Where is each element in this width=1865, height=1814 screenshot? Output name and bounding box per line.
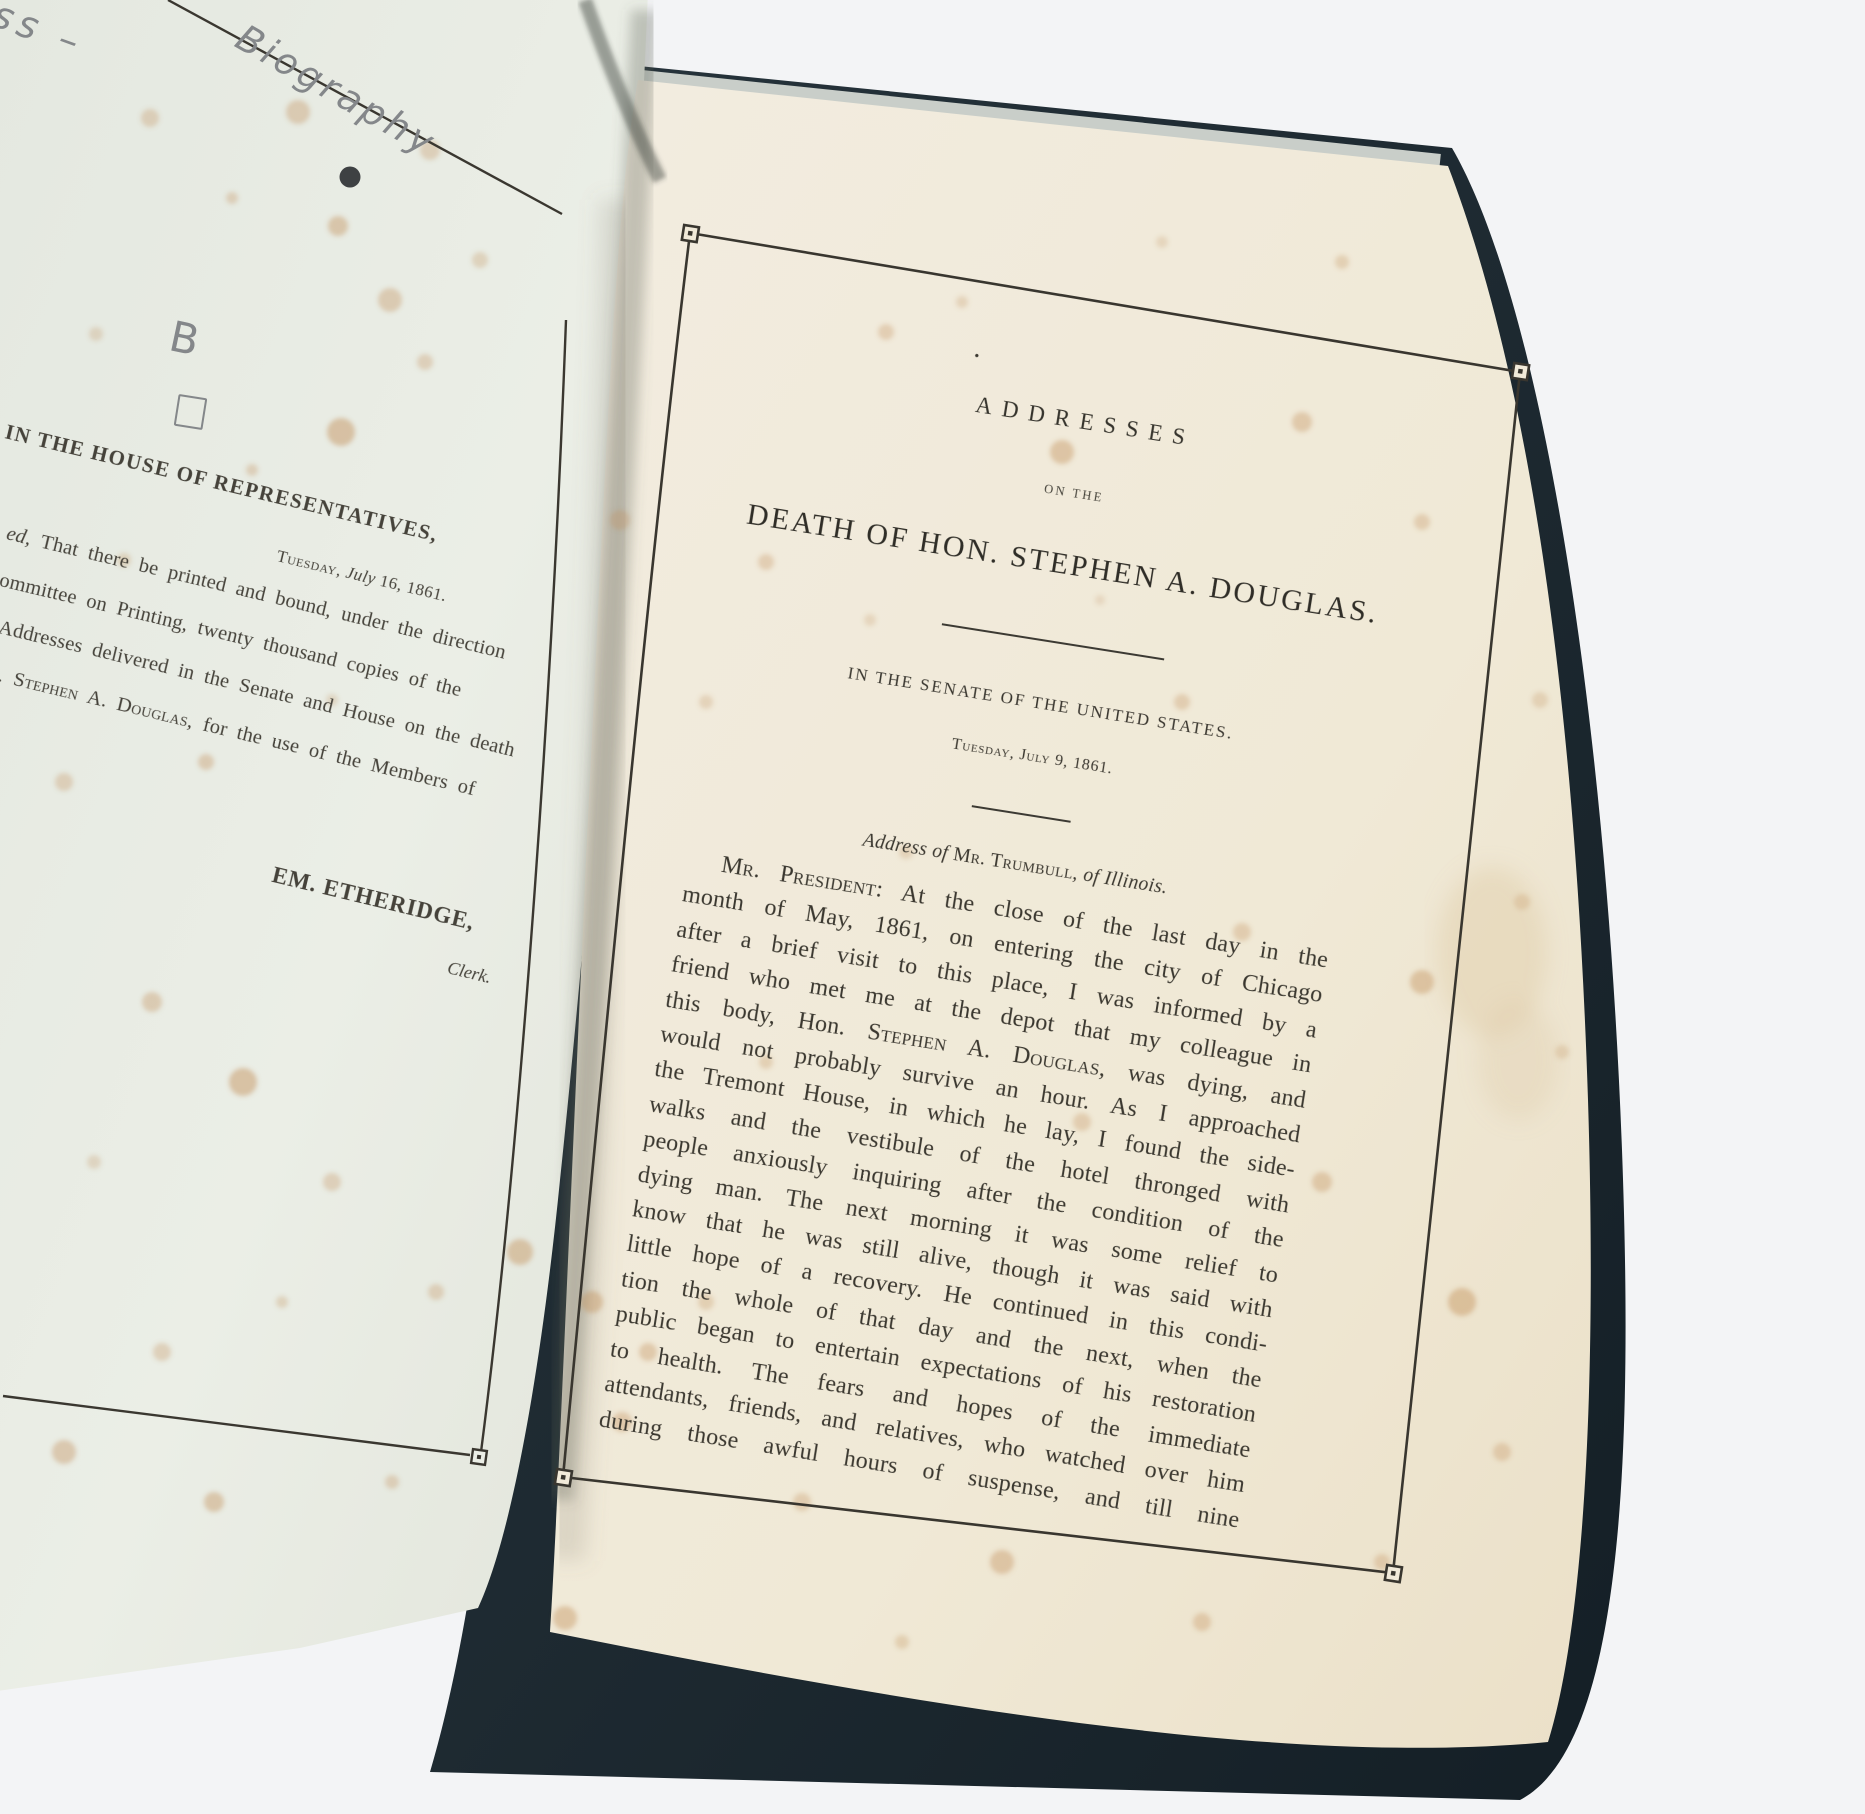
open-book-photo: ss – Biography B IN THE HOUSE OF REPRESE… xyxy=(0,0,1865,1814)
text-segment: Tuesday, July 9, 1861. xyxy=(951,735,1114,777)
address-body: Mr. President: At the close of the last … xyxy=(596,843,1330,1539)
text-segment: July xyxy=(344,563,378,589)
divider-rule xyxy=(942,623,1165,660)
clerk-signature: EM. ETHERIDGE, xyxy=(269,862,477,936)
series-title: ADDRESSES xyxy=(728,353,1443,491)
text-segment: Illinois. xyxy=(1103,868,1169,899)
text-segment: 16, 1861. xyxy=(373,570,448,606)
black-dot-mark xyxy=(340,167,361,188)
main-title: DEATH OF HON. STEPHEN A. DOUGLAS. xyxy=(705,491,1421,637)
title-page-dot-ornament: • xyxy=(973,349,980,366)
clerk-title: Clerk. xyxy=(445,957,493,988)
text-segment: Address of xyxy=(861,830,955,865)
text-segment: of xyxy=(1077,864,1106,889)
divider-rule xyxy=(972,805,1071,823)
text-segment: Tuesday, xyxy=(275,546,344,580)
text-segment: Mr. Trumbull, xyxy=(952,844,1080,885)
